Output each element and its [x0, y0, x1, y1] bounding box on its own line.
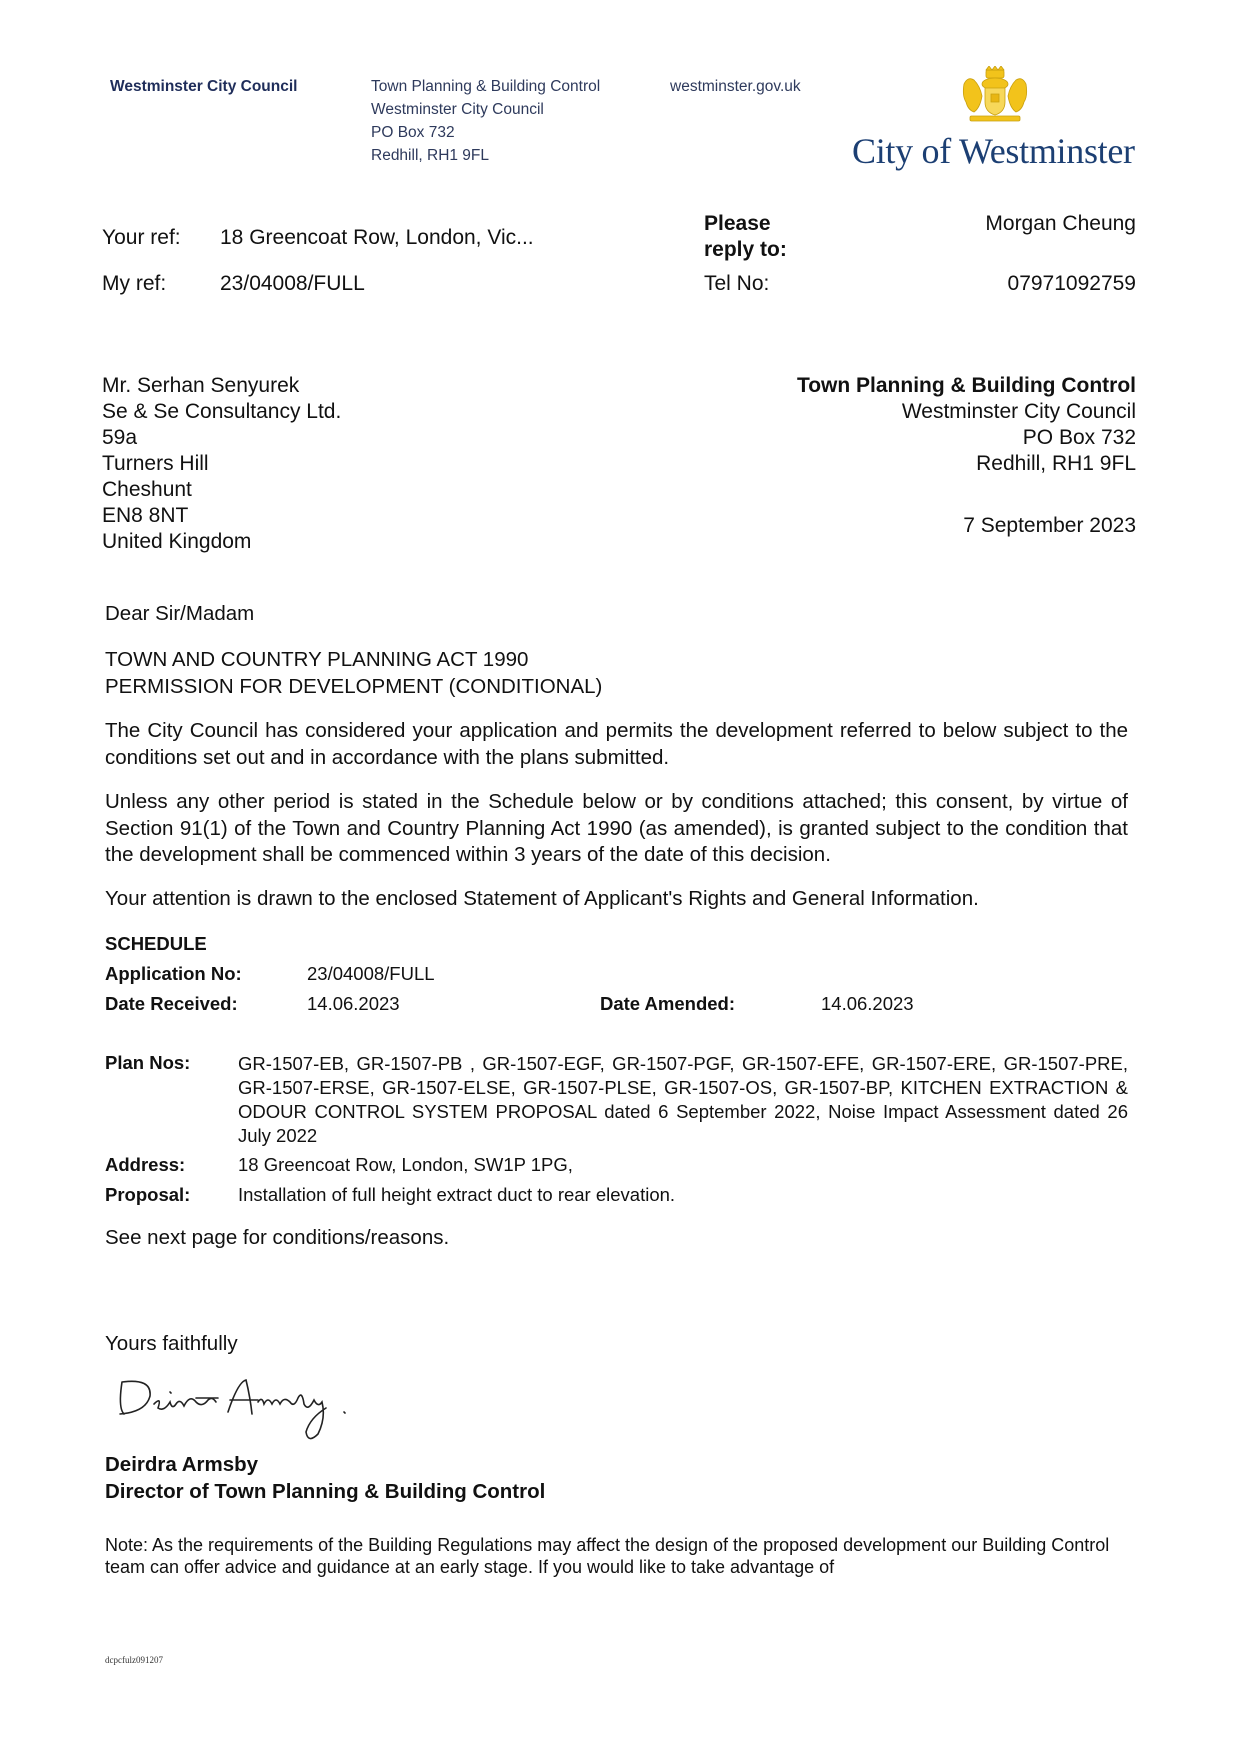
signature-image: [112, 1368, 372, 1448]
letterhead-address-line: Town Planning & Building Control: [371, 75, 600, 98]
salutation: Dear Sir/Madam: [105, 601, 254, 628]
reply-to-label-line: reply to:: [704, 237, 787, 263]
plan-nos-value: GR-1507-EB, GR-1507-PB , GR-1507-EGF, GR…: [238, 1052, 1128, 1148]
letter-date: 7 September 2023: [963, 513, 1136, 539]
recipient-line: 59a: [102, 425, 341, 451]
proposal-value: Installation of full height extract duct…: [238, 1184, 675, 1206]
signatory: Deirdra Armsby Director of Town Planning…: [105, 1452, 545, 1505]
signatory-title: Director of Town Planning & Building Con…: [105, 1479, 545, 1506]
application-no-label: Application No:: [105, 963, 242, 985]
sender-title: Town Planning & Building Control: [797, 373, 1136, 399]
recipient-line: EN8 8NT: [102, 503, 341, 529]
my-ref-value: 23/04008/FULL: [220, 271, 365, 297]
tel-value: 07971092759: [1008, 271, 1136, 297]
proposal-label: Proposal:: [105, 1184, 190, 1206]
date-amended-value: 14.06.2023: [821, 993, 914, 1015]
signatory-name: Deirdra Armsby: [105, 1452, 545, 1479]
reply-to-label-line: Please: [704, 211, 787, 237]
paragraph-permission: The City Council has considered your app…: [105, 718, 1128, 771]
recipient-line: Mr. Serhan Senyurek: [102, 373, 341, 399]
letterhead-address-line: Redhill, RH1 9FL: [371, 144, 600, 167]
coat-of-arms-icon: [958, 66, 1032, 124]
reply-to-value: Morgan Cheung: [985, 211, 1136, 237]
tel-label: Tel No:: [704, 271, 769, 297]
letterhead-website: westminster.gov.uk: [670, 75, 801, 98]
paragraph-attention: Your attention is drawn to the enclosed …: [105, 886, 979, 913]
sender-line: Redhill, RH1 9FL: [797, 451, 1136, 477]
recipient-line: Cheshunt: [102, 477, 341, 503]
letterhead-address: Town Planning & Building Control Westmin…: [371, 75, 600, 167]
see-next-page: See next page for conditions/reasons.: [105, 1225, 449, 1252]
your-ref-value: 18 Greencoat Row, London, Vic...: [220, 225, 534, 251]
footer-document-code: dcpcfulz091207: [105, 1655, 163, 1665]
address-label: Address:: [105, 1154, 185, 1176]
recipient-line: Se & Se Consultancy Ltd.: [102, 399, 341, 425]
brand-wordmark: City of Westminster: [852, 130, 1135, 172]
my-ref-label: My ref:: [102, 271, 166, 297]
recipient-line: United Kingdom: [102, 529, 341, 555]
date-received-label: Date Received:: [105, 993, 238, 1015]
letterhead-org-name: Westminster City Council: [110, 75, 297, 98]
schedule-title: SCHEDULE: [105, 933, 207, 955]
sender-line: Westminster City Council: [797, 399, 1136, 425]
date-received-value: 14.06.2023: [307, 993, 400, 1015]
letterhead-address-line: PO Box 732: [371, 121, 600, 144]
paragraph-conditions: Unless any other period is stated in the…: [105, 789, 1128, 869]
recipient-line: Turners Hill: [102, 451, 341, 477]
address-value: 18 Greencoat Row, London, SW1P 1PG,: [238, 1154, 573, 1176]
reply-to-label: Please reply to:: [704, 211, 787, 263]
heading-line: PERMISSION FOR DEVELOPMENT (CONDITIONAL): [105, 674, 602, 701]
application-no-value: 23/04008/FULL: [307, 963, 435, 985]
your-ref-label: Your ref:: [102, 225, 181, 251]
recipient-address: Mr. Serhan Senyurek Se & Se Consultancy …: [102, 373, 341, 555]
plan-nos-label: Plan Nos:: [105, 1052, 190, 1074]
valediction: Yours faithfully: [105, 1331, 238, 1358]
date-amended-label: Date Amended:: [600, 993, 735, 1015]
building-regulations-note: Note: As the requirements of the Buildin…: [105, 1534, 1125, 1578]
sender-address: Town Planning & Building Control Westmin…: [797, 373, 1136, 477]
heading-line: TOWN AND COUNTRY PLANNING ACT 1990: [105, 647, 602, 674]
sender-line: PO Box 732: [797, 425, 1136, 451]
letterhead-address-line: Westminster City Council: [371, 98, 600, 121]
letter-heading: TOWN AND COUNTRY PLANNING ACT 1990 PERMI…: [105, 647, 602, 700]
